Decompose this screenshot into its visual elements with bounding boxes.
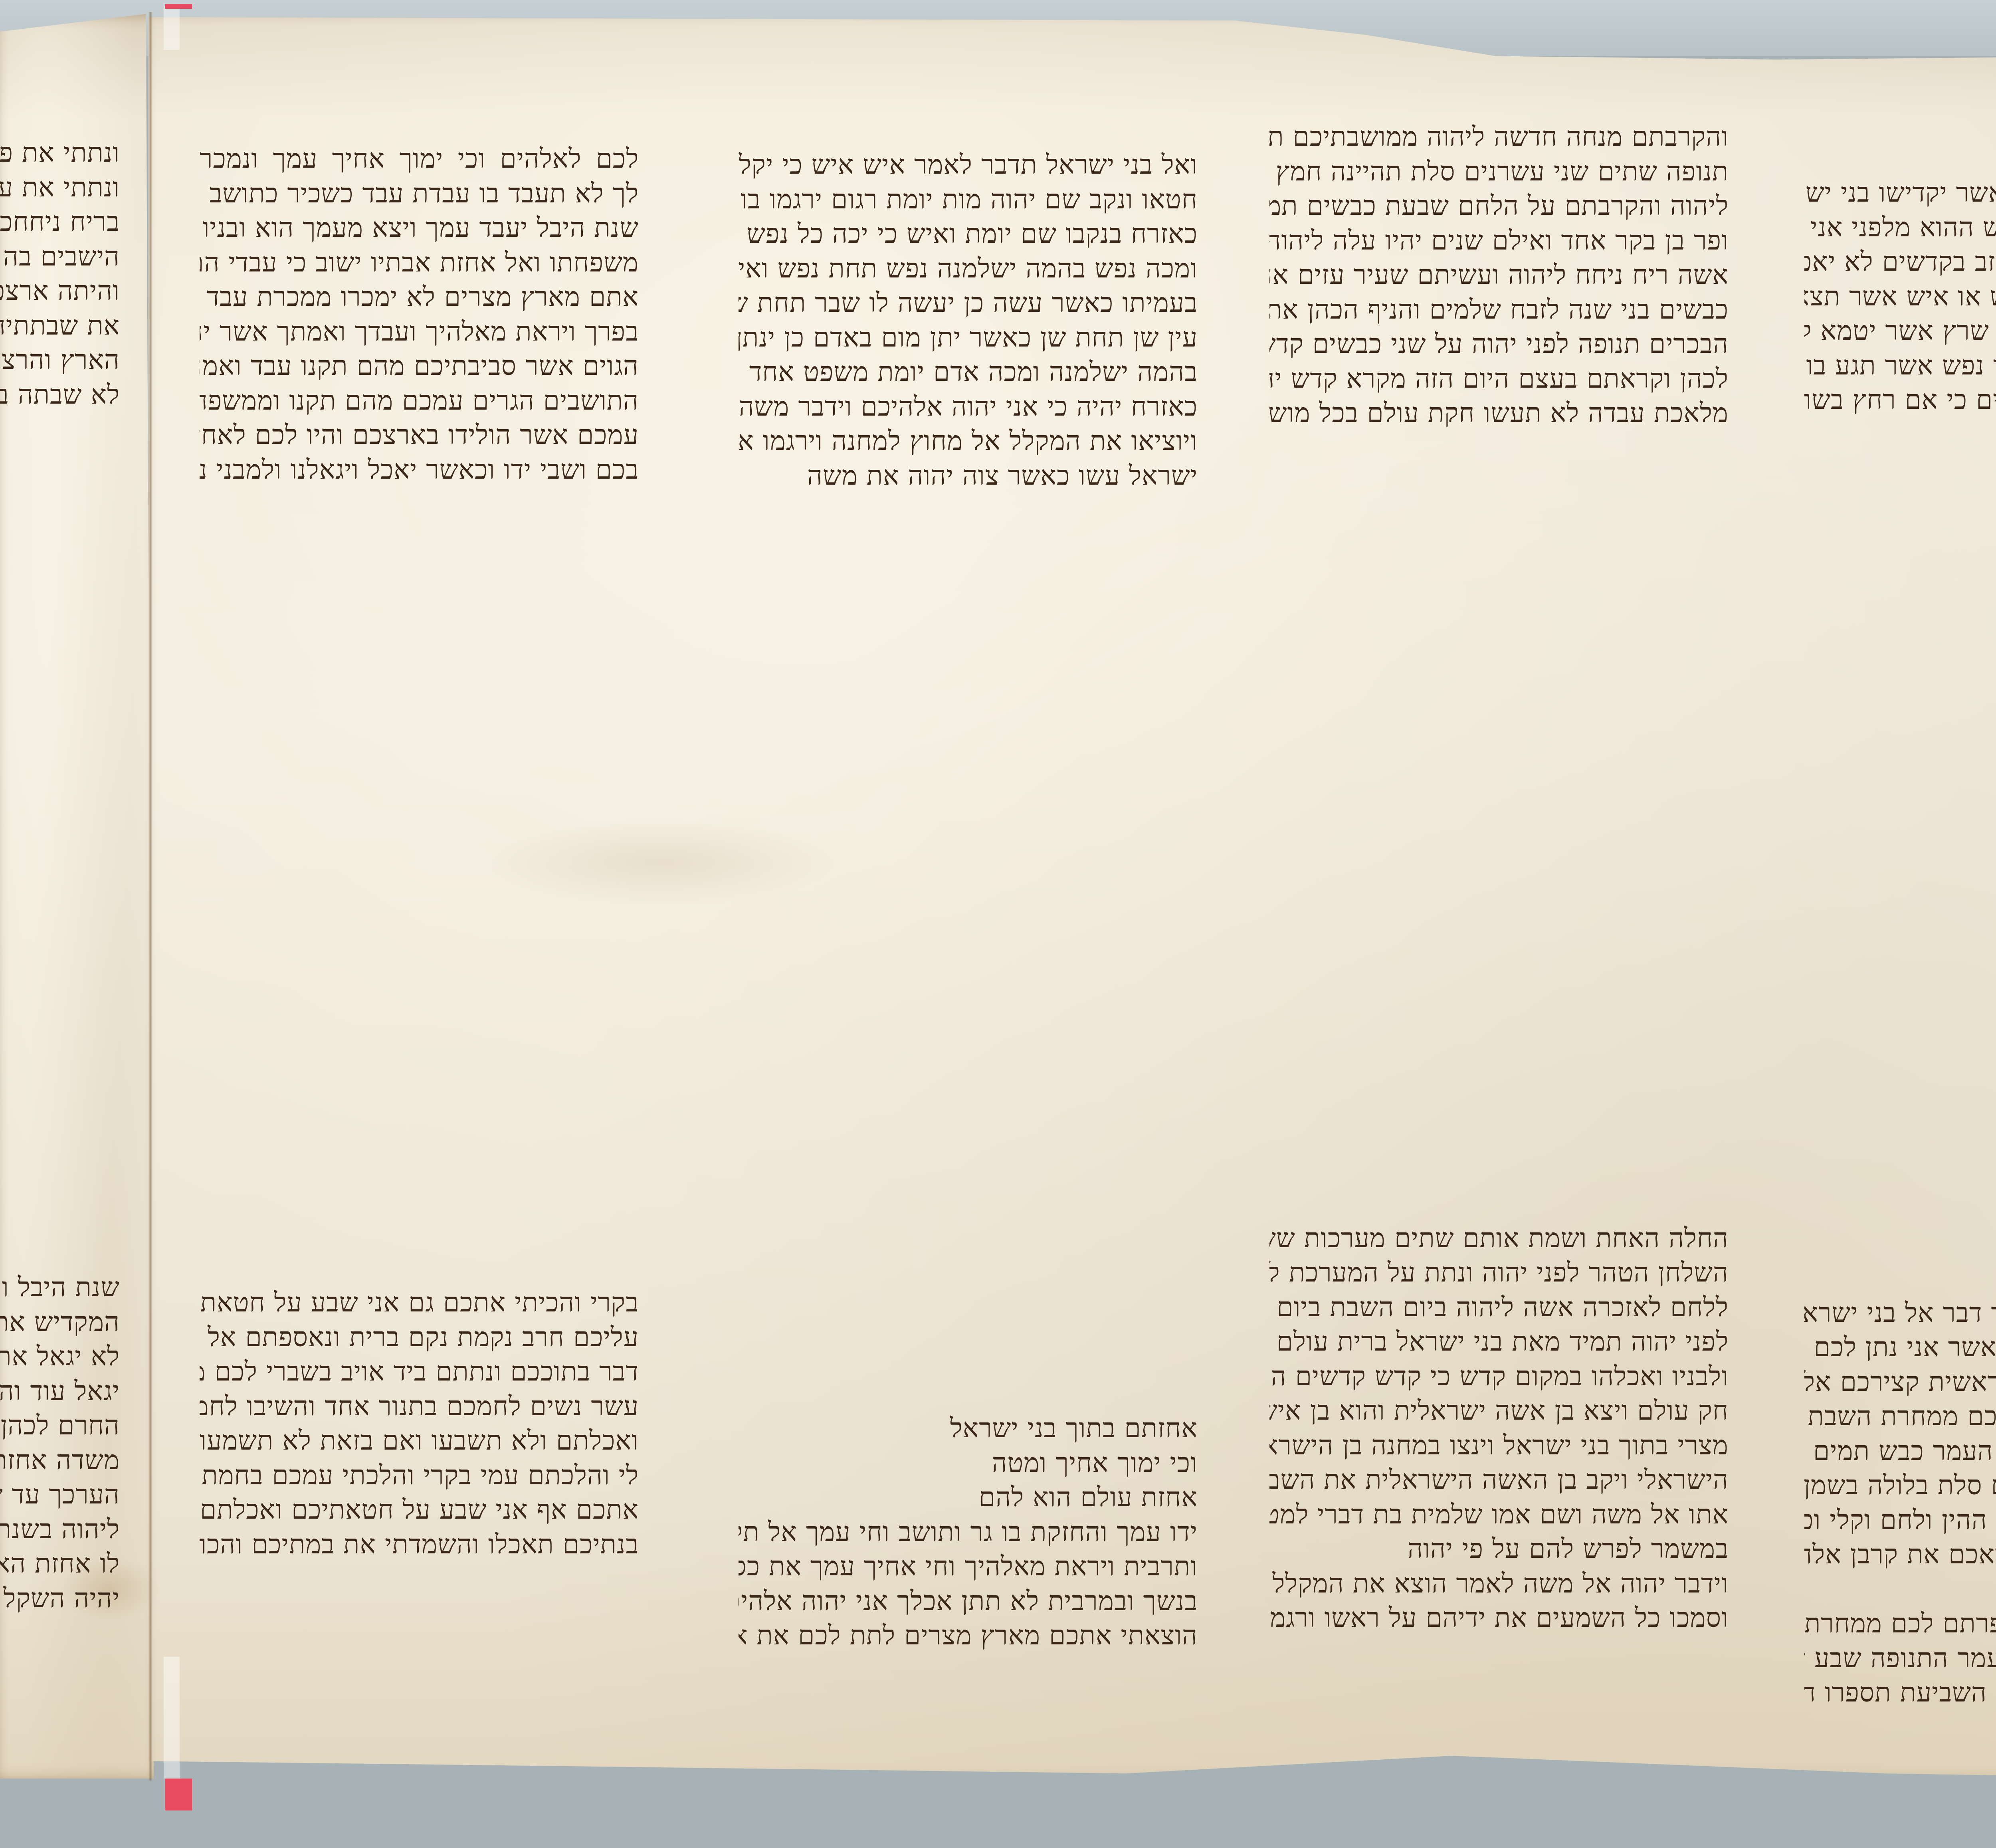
text-line: בכם ושבי ידו וכאשר יאכל ויגאלנו ולמבני נ… [200, 453, 639, 487]
text-line: מצרי בתוך בני ישראל וינצו במחנה בן הישרא… [1269, 1428, 1729, 1463]
text-line: לי והלכתם עמי בקרי והלכתי עמכם בחמת קרי … [200, 1458, 639, 1493]
text-line: קצירה והבאתם את עמר ראשית קצירכם אל הכהן… [1804, 1365, 1996, 1400]
text-line: ונתתי את עריכם חרבה [0, 170, 120, 205]
clear-tape-top [164, 6, 180, 50]
text-line: ומכה נפש בהמה ישלמנה נפש תחת נפש ואיש כי… [739, 252, 1198, 286]
text-line: הישראלי ויקב בן האשה הישראלית את השם ויק… [1269, 1463, 1729, 1497]
text-line: אחזת עולם הוא להם [739, 1480, 1198, 1515]
clear-tape-bottom [164, 1657, 180, 1779]
text-line: הארץ והרצת את [0, 343, 120, 378]
text-line: את שבתתיה כל ימי [0, 309, 120, 343]
text-line: חק עולם ויצא בן אשה ישראלית והוא בן איש [1269, 1394, 1729, 1428]
text-line: הבכרים תנופה לפני יהוה על שני כבשים קדש … [1269, 327, 1729, 362]
text-line: את העמר לפני יהוה לרצנכם ממחרת השבת יניפ… [1804, 1399, 1996, 1434]
text-line: ישראל עשו כאשר צוה יהוה את משה [739, 459, 1198, 493]
text-line: דבר בתוככם ונתתם ביד אויב בשברי לכם מטה … [200, 1355, 639, 1389]
text-line: וכי ימוך אחיך ומטה [739, 1446, 1198, 1481]
text-line: שנת היבל יעבד עמך ויצא מעמך הוא ובניו עמ… [200, 211, 639, 246]
text-line: החרם לכהן תהיה [0, 1408, 120, 1443]
text-line: תנופה שתים שני עשרנים סלת תהיינה חמץ תאפ… [1269, 154, 1729, 189]
text-line: עמכם אשר הולידו בארצכם והיו לכם לאחזה [200, 418, 639, 453]
text-line: בקרי והכיתי אתכם גם אני שבע על חטאתיכם ו… [200, 1285, 639, 1320]
text-line: בנשך ובמרבית לא תתן אכלך אני יהוה אלהיכם… [739, 1584, 1198, 1619]
text-line: לדרתיכם בכל משבתיכם [1804, 1572, 1996, 1607]
text-line: זרע או איש אשר יגע בכל שרץ אשר יטמא לו א… [1804, 314, 1996, 349]
text-column-4: והקרבתם מנחה חדשה ליהוה ממושבתיכם תביאו … [1269, 120, 1729, 1636]
text-line: ליהוה ומנחתו שני עשרנים סלת בלולה בשמן א… [1804, 1468, 1996, 1503]
text-line: הישבים בה ואתכם [0, 240, 120, 274]
text-line: השלחן הטהר לפני יהוה ונתת על המערכת לבנה… [1269, 1256, 1729, 1290]
text-line: הערכך עד שנת [0, 1478, 120, 1512]
text-line: לו אחזת הארץ ועשית [0, 1547, 120, 1581]
text-line: השבת מיום הביאכם את עמר התנופה שבע שבתות… [1804, 1641, 1996, 1676]
text-line: ואל בני ישראל תדבר לאמר איש איש כי יקלל … [739, 148, 1198, 182]
sheet-seam-left [149, 12, 152, 1781]
text-line: לפני יהוה תמיד מאת בני ישראל ברית עולם ו… [1269, 1325, 1729, 1359]
text-line: יגאל עוד והיה [0, 1374, 120, 1409]
text-line: בנתיכם תאכלו והשמדתי את במתיכם והכרתי את… [200, 1527, 639, 1562]
text-column-partial-left: ונתתי את פגריכם על ונתתי את עריכם חרבה ב… [0, 136, 120, 1616]
text-line: כאזרח יהיה כי אני יהוה אלהיכם וידבר משה … [739, 390, 1198, 424]
text-line: ללחם לאזכרה אשה ליהוה ביום השבת ביום השב… [1269, 1290, 1729, 1325]
text-line: ויוציאו את המקלל אל מחוץ למחנה וירגמו את… [739, 424, 1198, 459]
text-line: החלה האחת ושמת אותם שתים מערכות שש המערכ… [1269, 1221, 1729, 1256]
text-line: יהיה השקל אך בכור [0, 1581, 120, 1616]
text-line: אתם מארץ מצרים לא ימכרו ממכרת עבד לא תרד… [200, 280, 639, 315]
text-line: כאזרח בנקבו שם יומת ואיש כי יכה כל נפש א… [739, 217, 1198, 252]
text-line: משדה אחזתו יקדיש [0, 1443, 120, 1478]
text-line: חטאו ונקב שם יהוה מות יומת רגום ירגמו בו… [739, 182, 1198, 217]
text-line: אתכם אף אני שבע על חטאתיכם ואכלתם בשר בנ… [200, 1493, 639, 1527]
text-line: לכם לאלהים וכי ימוך אחיך עמך ונמכר [200, 142, 639, 176]
torah-scroll: ויא ונתתי את פגריכם על ונתתי את עריכם חר… [0, 0, 1996, 1848]
text-line: והקרבתם מנחה חדשה ליהוה ממושבתיכם תביאו … [1269, 120, 1729, 154]
text-line: במשמר לפרש להם על פי יהוה [1269, 1532, 1729, 1567]
text-line: מכל זרעכם אל הקדשים אשר יקדישו בני ישראל… [1804, 176, 1996, 210]
pink-tab-bottom [165, 1779, 192, 1810]
text-line: אחזתם בתוך בני ישראל [739, 1411, 1198, 1446]
text-line: ותרבית ויראת מאלהיך וחי אחיך עמך את כספך… [739, 1549, 1198, 1584]
text-line: וידבר יהוה אל משה לאמר הוצא את המקלל אל … [1269, 1567, 1729, 1601]
text-line: ואכלתם ולא תשבעו ואם בזאת לא תשמעו [200, 1424, 639, 1458]
text-column-3: ואל בני ישראל תדבר לאמר איש איש כי יקלל … [739, 148, 1198, 1653]
text-line: אלהם כי תבאו אל הארץ אשר אני נתן לכם וקצ… [1804, 1330, 1996, 1365]
text-line: ליהוה בשנת היובל [0, 1512, 120, 1547]
text-line: תהיינה עד ממחרת השבת השביעת תספרו חמשים … [1804, 1676, 1996, 1710]
text-line: וסמכו כל השמעים את ידיהם על ראשו ורגמו א… [1269, 1601, 1729, 1636]
text-line: לא שבתה בשבתתיכם [0, 378, 120, 412]
pink-tab-top [165, 4, 192, 9]
text-line: משפחתו ואל אחזת אבתיו ישוב כי עבדי הם אש… [200, 246, 639, 280]
text-line: וטמאתו עליו ונכרתה הנפש ההוא מלפני אני י… [1804, 210, 1996, 245]
text-line: ריח ניחח ונסכה יין רביעת ההין ולחם וקלי … [1804, 1503, 1996, 1538]
text-line: עין שן תחת שן כאשר יתן מום באדם כן ינתן … [739, 321, 1198, 355]
text-line: מלאכת עבדה לא תעשו חקת עולם בכל מושבתיכם… [1269, 396, 1729, 431]
text-line: ידו עמך והחזקת בו גר ותושב וחי עמך אל תק… [739, 1515, 1198, 1550]
text-line: אשה ריח ניחח ליהוה ועשיתם שעיר עזים אחד … [1269, 258, 1729, 293]
text-line: ועשיתם ביום הניפכם את העמר כבש תמים בן ש… [1804, 1434, 1996, 1469]
text-line: הגוים אשר סביבתיכם מהם תקנו עבד ואמה וגם… [200, 349, 639, 384]
text-line: בהמה ישלמנה ומכה אדם יומת משפט אחד יהיה … [739, 355, 1198, 390]
text-line: עשר נשים לחמכם בתנור אחד והשיבו לחמכם במ… [200, 1389, 639, 1424]
text-line: מזרע אהרן והוא צרוע או זב בקדשים לא יאכל… [1804, 245, 1996, 279]
text-line: לכהן וקראתם בעצם היום הזה מקרא קדש יהיה … [1269, 362, 1729, 396]
text-line: שנת היבל ונגאל [0, 1270, 120, 1305]
text-line: עד עצם היום הזה עד הביאכם את קרבן אלהיכם… [1804, 1537, 1996, 1572]
text-line: הוצאתי אתכם מארץ מצרים לתת לכם את ארץ כנ… [739, 1618, 1198, 1653]
text-line: יטהר והנגע בכל טמא נפש או איש אשר תצא ממ… [1804, 279, 1996, 314]
text-line: וידבר יהוה אל משה לאמר דבר אל בני ישראל … [1804, 1296, 1996, 1331]
text-line: לא יגאל את השדה [0, 1339, 120, 1374]
text-line: בעמיתו כאשר עשה כן יעשה לו שבר תחת שבר ע… [739, 286, 1198, 321]
text-line: התושבים הגרים עמכם מהם תקנו וממשפחתם אשר [200, 384, 639, 418]
text-line: בריח ניחחכם והשמתי [0, 205, 120, 240]
text-line: כבשים בני שנה לזבח שלמים והניף הכהן אתם … [1269, 293, 1729, 327]
text-line: ופר בן בקר אחד ואילם שנים יהיו עלה ליהוה… [1269, 224, 1729, 258]
text-line: אתו אל משה ושם אמו שלמית בת דברי למטה דן… [1269, 1497, 1729, 1532]
text-line: בפרך ויראת מאלהיך ועבדך ואמתך אשר יהיו ל… [200, 315, 639, 349]
text-column-2: לכם לאלהים וכי ימוך אחיך עמך ונמכר לך לא… [200, 142, 639, 1562]
text-line: ונתתי את פגריכם על [0, 136, 120, 170]
text-line: עליכם חרב נקמת נקם ברית ונאספתם אל עריכם… [200, 1320, 639, 1355]
text-line: וספרתם לכם ממחרת [1804, 1606, 1996, 1641]
text-column-5: מכל זרעכם אל הקדשים אשר יקדישו בני ישראל… [1804, 176, 1996, 1710]
text-line: המקדיש אתו [0, 1305, 120, 1340]
text-line: ולבניו ואכלהו במקום קדש כי קדש קדשים הוא… [1269, 1359, 1729, 1394]
text-line: הערב ולא יאכל מן הקדשים כי אם רחץ בשרו ב… [1804, 383, 1996, 418]
text-line: לך לא תעבד בו עבדת עבד כשכיר כתושב יהיה … [200, 176, 639, 211]
text-line: והיתה ארצכם שממה [0, 274, 120, 309]
text-line: ליהוה והקרבתם על הלחם שבעת כבשים תמימם ב… [1269, 189, 1729, 224]
text-line: אשר יטמא לו לכל טמאתו נפש אשר תגע בו וטמ… [1804, 349, 1996, 383]
